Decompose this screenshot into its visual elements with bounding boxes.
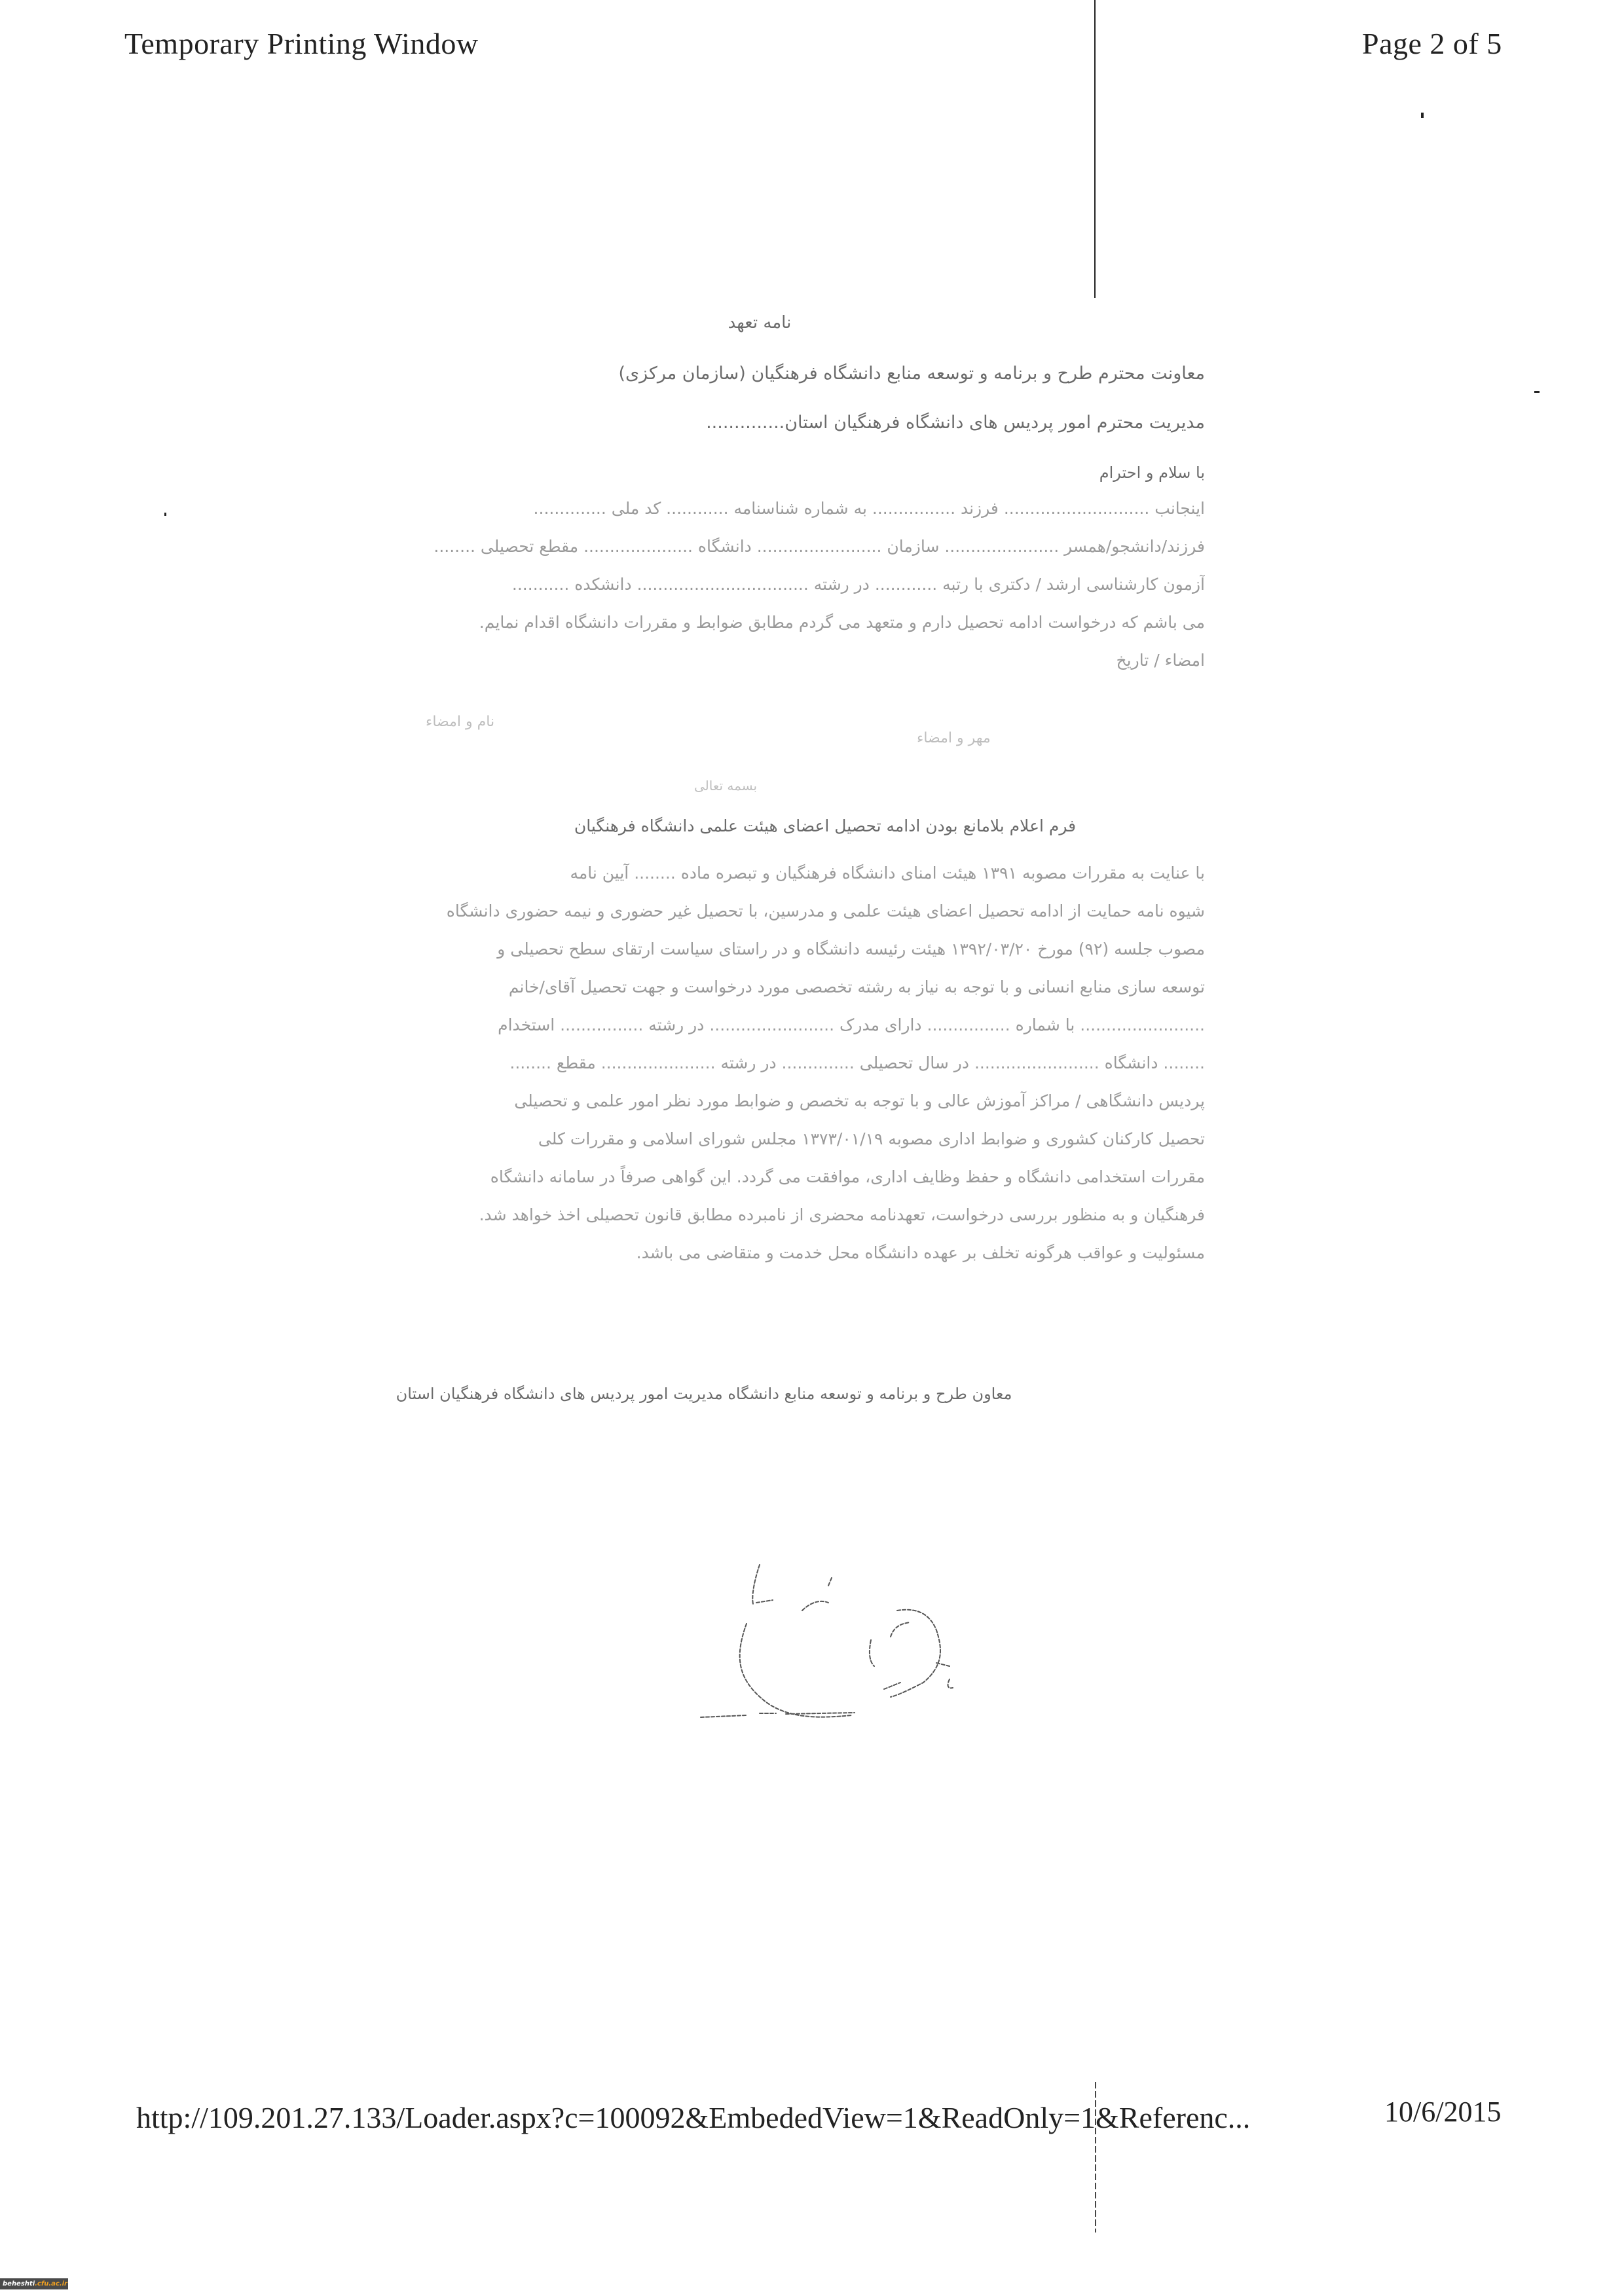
footer-source-url: http://109.201.27.133/Loader.aspx?c=1000…	[136, 2100, 1250, 2135]
form-body-line: شیوه نامه حمایت از ادامه تحصیل اعضای هیئ…	[262, 892, 1205, 930]
signature-label-seal: مهر و امضاء	[917, 730, 991, 746]
form-closing-signatories: معاون طرح و برنامه و توسعه منابع دانشگاه…	[327, 1385, 1080, 1403]
footer-print-date: 10/6/2015	[1384, 2095, 1501, 2128]
site-watermark: beheshti.cfu.ac.ir	[0, 2278, 68, 2289]
watermark-domain: .cfu.ac.ir	[35, 2280, 67, 2287]
print-window-title: Temporary Printing Window	[124, 26, 479, 61]
letter-recipient-2: مدیریت محترم امور پردیس های دانشگاه فرهن…	[706, 412, 1205, 433]
letter-title: نامه تعهد	[655, 313, 864, 333]
form-body-line: مسئولیت و عواقب هرگونه تخلف بر عهده دانش…	[262, 1234, 1205, 1272]
form-body-line: با عنایت به مقررات مصوبه ۱۳۹۱ هیئت امنای…	[262, 854, 1205, 892]
form-body-line: مقررات استخدامی دانشگاه و حفظ وظایف ادار…	[262, 1158, 1205, 1196]
letter-body-line: می باشم که درخواست ادامه تحصیل دارم و مت…	[262, 604, 1205, 642]
form-body-line: ........................ با شماره ......…	[262, 1006, 1205, 1044]
form-body-line: تحصیل کارکنان کشوری و ضوابط اداری مصوبه …	[262, 1120, 1205, 1158]
form-body-line: مصوب جلسه (۹۲) مورخ ۱۳۹۲/۰۳/۲۰ هیئت رئیس…	[262, 930, 1205, 968]
letter-greeting: با سلام و احترام	[1099, 464, 1205, 482]
form-title: فرم اعلام بلامانع بودن ادامه تحصیل اعضای…	[419, 816, 1231, 835]
letter-body: اینجانب ............................ فرز…	[262, 490, 1205, 680]
section-mark: بسمه تعالی	[694, 778, 757, 793]
letter-body-line: فرزند/دانشجو/همسر ......................…	[262, 528, 1205, 566]
handwritten-signature	[674, 1525, 1211, 1735]
form-body: با عنایت به مقررات مصوبه ۱۳۹۱ هیئت امنای…	[262, 854, 1205, 1272]
scan-speck	[1421, 113, 1424, 118]
form-body-line: ........ دانشگاه .......................…	[262, 1044, 1205, 1082]
form-body-line: پردیس دانشگاهی / مراکز آموزش عالی و با ت…	[262, 1082, 1205, 1120]
form-body-line: فرهنگیان و به منظور بررسی درخواست، تعهدن…	[262, 1196, 1205, 1234]
scan-fold-line-top	[1094, 0, 1096, 298]
letter-body-line: امضاء / تاریخ	[262, 642, 1205, 680]
scan-speck	[1534, 391, 1540, 393]
watermark-host: beheshti	[3, 2280, 35, 2287]
letter-recipient-1: معاونت محترم طرح و برنامه و توسعه منابع …	[618, 363, 1205, 384]
letter-body-line: اینجانب ............................ فرز…	[262, 490, 1205, 528]
form-body-line: توسعه سازی منابع انسانی و با توجه به نیا…	[262, 968, 1205, 1006]
page-indicator: Page 2 of 5	[1362, 26, 1502, 61]
scan-speck	[164, 513, 166, 516]
signature-label-name: نام و امضاء	[426, 714, 494, 730]
letter-body-line: آزمون کارشناسی ارشد / دکتری با رتبه ....…	[262, 566, 1205, 604]
